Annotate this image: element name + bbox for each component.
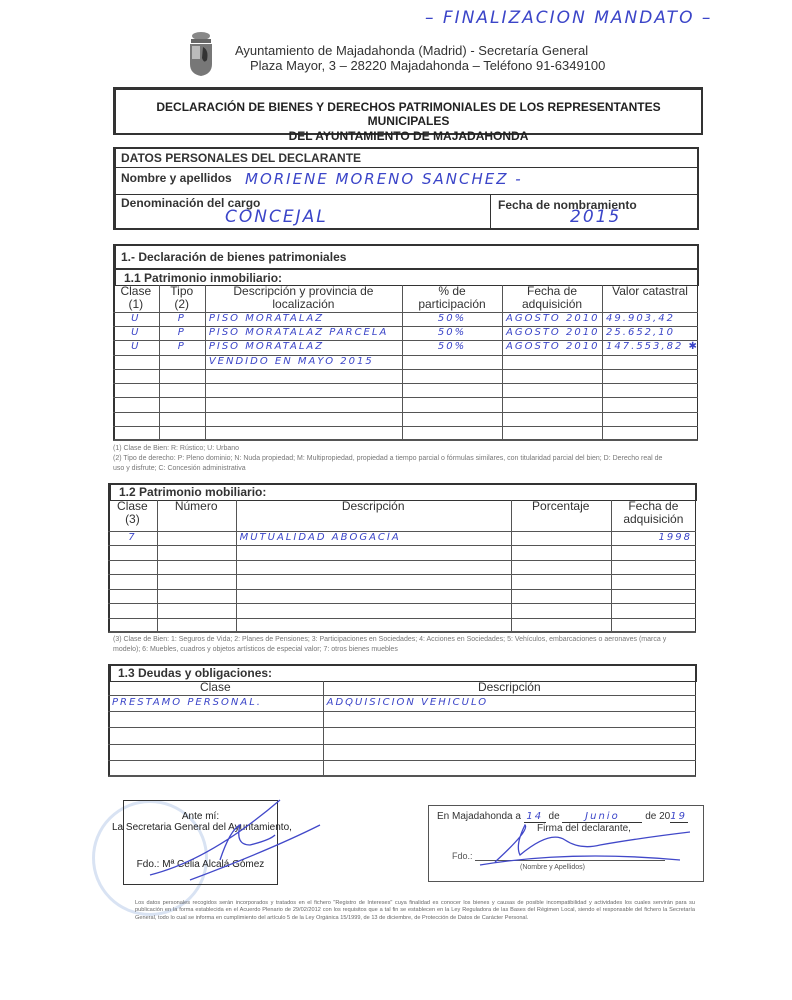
- header-line: (3): [108, 513, 157, 526]
- column-header: % departicipación: [402, 285, 502, 311]
- table-row: [108, 603, 696, 617]
- handwritten-annotation: – FINALIZACION MANDATO –: [425, 8, 712, 28]
- column-header: Descripción: [236, 500, 511, 513]
- cell-desc[interactable]: PISO MORATALAZ: [209, 340, 398, 354]
- name-label: Nombre y apellidos: [121, 171, 232, 185]
- table-row: [113, 426, 698, 440]
- table-row: UPPISO MORATALAZ50%AGOSTO 2010147.553,82…: [113, 340, 698, 354]
- personal-heading: DATOS PERSONALES DEL DECLARANTE: [121, 151, 361, 165]
- cell-valor[interactable]: 147.553,82 ✱: [606, 340, 694, 354]
- column-header: Clase: [108, 681, 323, 694]
- secretaria-signature: [130, 790, 330, 900]
- mobiliario-table: Clase(3)NúmeroDescripciónPorcentajeFecha…: [108, 500, 696, 632]
- table-row: UPPISO MORATALAZ50%AGOSTO 201049.903,42: [113, 312, 698, 326]
- note-2: (2) Tipo de derecho: P: Pleno dominio; N…: [113, 454, 673, 474]
- cell-clase[interactable]: 7: [112, 531, 153, 545]
- inmobiliario-heading: 1.1 Patrimonio inmobiliario:: [124, 271, 282, 285]
- table-row: [108, 560, 696, 574]
- header-line: localización: [205, 298, 402, 311]
- header-line2: Plaza Mayor, 3 – 28220 Majadahonda – Tel…: [250, 58, 605, 73]
- title-box: DECLARACIÓN DE BIENES Y DERECHOS PATRIMO…: [113, 87, 703, 135]
- note-1: (1) Clase de Bien: R: Rústico; U: Urbano: [113, 444, 673, 454]
- cargo-value[interactable]: CONCEJAL: [225, 207, 328, 227]
- header-line: participación: [402, 298, 502, 311]
- cell-fecha[interactable]: 1998: [615, 531, 692, 545]
- cell-valor[interactable]: 49.903,42: [606, 312, 694, 326]
- header-line: Descripción: [236, 500, 511, 513]
- cell-tipo[interactable]: P: [163, 340, 201, 354]
- header-line: Número: [157, 500, 236, 513]
- cell-desc[interactable]: VENDIDO EN MAYO 2015: [209, 355, 398, 369]
- header-line: adquisición: [502, 298, 602, 311]
- header-line: Descripción: [323, 681, 696, 694]
- cell-desc[interactable]: PISO MORATALAZ PARCELA: [209, 326, 398, 340]
- table-row: [108, 618, 696, 632]
- title-line2: DEL AYUNTAMIENTO DE MAJADAHONDA: [116, 129, 701, 143]
- cell-fecha[interactable]: AGOSTO 2010: [506, 340, 598, 354]
- column-header: Fecha deadquisición: [611, 500, 696, 526]
- name-value[interactable]: MORIENE MORENO SANCHEZ -: [245, 170, 523, 188]
- deudas-heading: 1.3 Deudas y obligaciones:: [118, 666, 272, 680]
- mobiliario-heading: 1.2 Patrimonio mobiliario:: [119, 485, 266, 499]
- mobiliario-notes: (3) Clase de Bien: 1: Seguros de Vida; 2…: [113, 635, 673, 655]
- declarante-signature: [470, 820, 690, 870]
- header-line: adquisición: [611, 513, 696, 526]
- column-header: Fecha deadquisición: [502, 285, 602, 311]
- column-header: Clase(1): [113, 285, 159, 311]
- section1-heading: 1.- Declaración de bienes patrimoniales: [121, 250, 346, 264]
- table-row: [113, 397, 698, 411]
- deudas-table: ClaseDescripciónPRESTAMO PERSONAL.ADQUIS…: [108, 681, 696, 776]
- header-line: (2): [159, 298, 205, 311]
- fecha-nombramiento-value[interactable]: 2015: [570, 207, 621, 227]
- data-protection-notice: Los datos personales recogidos serán inc…: [135, 900, 695, 922]
- table-row: VENDIDO EN MAYO 2015: [113, 355, 698, 369]
- column-header: Porcentaje: [511, 500, 611, 513]
- header-line1: Ayuntamiento de Majadahonda (Madrid) - S…: [235, 43, 588, 58]
- note-3: (3) Clase de Bien: 1: Seguros de Vida; 2…: [113, 635, 673, 655]
- coat-of-arms-icon: [187, 30, 215, 78]
- cell-valor[interactable]: 25.652,10: [606, 326, 694, 340]
- table-row: [113, 412, 698, 426]
- table-row: UPPISO MORATALAZ PARCELA50%AGOSTO 201025…: [113, 326, 698, 340]
- table-row: [108, 727, 696, 743]
- cell-pct[interactable]: 50%: [406, 340, 498, 354]
- cell-fecha[interactable]: AGOSTO 2010: [506, 326, 598, 340]
- cell-clase[interactable]: PRESTAMO PERSONAL.: [112, 695, 319, 711]
- table-row: PRESTAMO PERSONAL.ADQUISICION VEHICULO: [108, 695, 696, 711]
- column-header: Tipo(2): [159, 285, 205, 311]
- column-header: Número: [157, 500, 236, 513]
- cell-pct[interactable]: 50%: [406, 326, 498, 340]
- column-header: Descripción: [323, 681, 696, 694]
- table-row: [113, 383, 698, 397]
- title-line1: DECLARACIÓN DE BIENES Y DERECHOS PATRIMO…: [116, 100, 701, 128]
- table-row: [108, 589, 696, 603]
- table-row: [108, 711, 696, 727]
- header-line: Clase: [108, 681, 323, 694]
- cell-desc[interactable]: MUTUALIDAD ABOGACÍA: [240, 531, 507, 545]
- column-header: Valor catastral: [602, 285, 698, 298]
- cell-fecha[interactable]: AGOSTO 2010: [506, 312, 598, 326]
- header-line: Valor catastral: [602, 285, 698, 298]
- column-header: Clase(3): [108, 500, 157, 526]
- inmobiliario-notes: (1) Clase de Bien: R: Rústico; U: Urbano…: [113, 444, 673, 474]
- cell-clase[interactable]: U: [117, 326, 155, 340]
- cell-desc[interactable]: ADQUISICION VEHICULO: [327, 695, 692, 711]
- cell-tipo[interactable]: P: [163, 326, 201, 340]
- cell-pct[interactable]: 50%: [406, 312, 498, 326]
- header-line: Porcentaje: [511, 500, 611, 513]
- cell-tipo[interactable]: P: [163, 312, 201, 326]
- table-row: [108, 545, 696, 559]
- column-header: Descripción y provincia delocalización: [205, 285, 402, 311]
- cell-clase[interactable]: U: [117, 340, 155, 354]
- cell-desc[interactable]: PISO MORATALAZ: [209, 312, 398, 326]
- inmobiliario-table: Clase(1)Tipo(2)Descripción y provincia d…: [113, 285, 698, 440]
- header-line: (1): [113, 298, 159, 311]
- table-row: [108, 574, 696, 588]
- table-row: [113, 369, 698, 383]
- cell-clase[interactable]: U: [117, 312, 155, 326]
- table-row: 7MUTUALIDAD ABOGACÍA1998: [108, 531, 696, 545]
- table-row: [108, 744, 696, 760]
- table-row: [108, 760, 696, 776]
